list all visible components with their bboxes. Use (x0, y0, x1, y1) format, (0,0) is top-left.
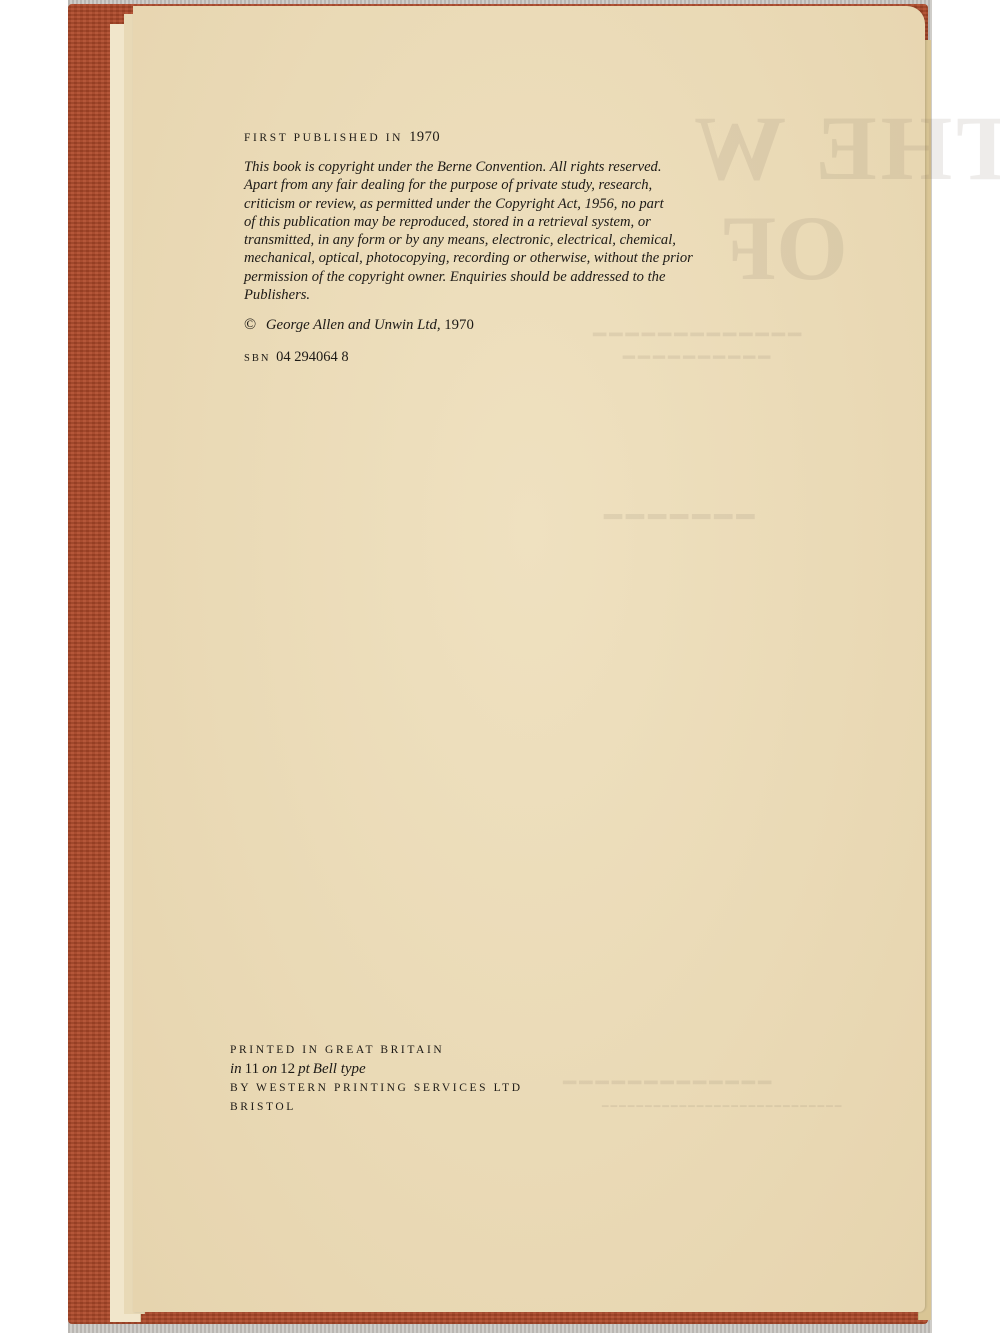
typeface-name: Bell type (313, 1061, 366, 1077)
sbn-line: SBN 04 294064 8 (244, 349, 349, 366)
printed-in-line: Printed in Great Britain (230, 1041, 523, 1060)
show-through-publisher: ━━━━━━━━━━━━━ (560, 1070, 771, 1096)
notice-line: Apart from any fair dealing for the purp… (244, 176, 784, 194)
copyright-symbol-icon: © (244, 316, 256, 333)
copyright-line: © George Allen and Unwin Ltd, 1970 (244, 316, 474, 334)
notice-line: permission of the copyright owner. Enqui… (244, 268, 784, 286)
copyright-year: 1970 (444, 317, 474, 333)
typeface-on: on (262, 1061, 277, 1077)
sbn-label: SBN (244, 353, 270, 364)
notice-line: This book is copyright under the Berne C… (244, 158, 784, 176)
printer-name-line: by Western Printing Services Ltd (230, 1079, 523, 1098)
typeface-in: in (230, 1061, 242, 1077)
printer-info: Printed in Great Britain in 11 on 12 pt … (230, 1041, 523, 1117)
first-published-year: 1970 (409, 129, 440, 145)
notice-line: mechanical, optical, photocopying, recor… (244, 249, 784, 267)
printer-city-line: Bristol (230, 1098, 523, 1117)
show-through-address: ━━━━━━━━━━━━━━━━━━━━━━━━━━━━ (600, 1100, 841, 1113)
sbn-number: 04 294064 8 (276, 349, 349, 365)
notice-line: criticism or review, as permitted under … (244, 195, 784, 213)
notice-line: Publishers. (244, 286, 784, 304)
first-published-label: First published in (244, 132, 403, 144)
typeface-leading: 12 (280, 1061, 295, 1077)
copyright-holder: George Allen and Unwin Ltd, (266, 317, 441, 333)
typeface-line: in 11 on 12 pt Bell type (230, 1060, 523, 1079)
show-through-subtitle-2: ━━━━━━━━━━ (620, 345, 770, 370)
notice-line: of this publication may be reproduced, s… (244, 213, 784, 231)
typeface-unit: pt (298, 1061, 310, 1077)
first-published-line: First published in 1970 (244, 128, 440, 146)
show-through-author: ━━━━━━━ (600, 500, 754, 535)
typeface-size: 11 (245, 1061, 259, 1077)
notice-line: transmitted, in any form or by any means… (244, 231, 784, 249)
copyright-notice: This book is copyright under the Berne C… (244, 158, 784, 304)
